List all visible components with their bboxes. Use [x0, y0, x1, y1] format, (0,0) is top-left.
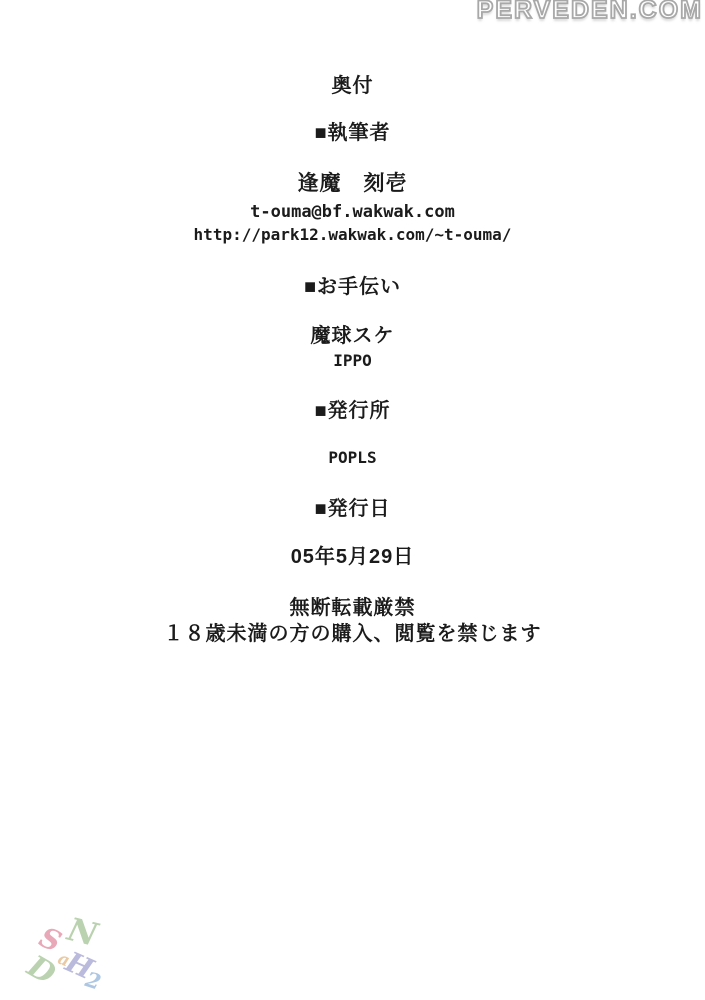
helper-name: 魔球スケ	[0, 325, 705, 347]
author-name: 逢魔 刻壱	[0, 172, 705, 195]
signature-letter: N	[65, 913, 101, 951]
reproduction-notice: 無断転載厳禁	[0, 597, 705, 619]
signature-scribble: S N a D H 2	[28, 918, 113, 998]
age-restriction-notice: １８歳未満の方の購入、閲覧を禁じます	[0, 623, 705, 645]
section-heading-publisher: ■発行所	[0, 400, 705, 422]
site-watermark: PERVEDEN.COM	[477, 0, 703, 25]
section-heading-authors: ■執筆者	[0, 122, 705, 144]
section-heading-helpers: ■お手伝い	[0, 276, 705, 298]
signature-letter: D	[22, 952, 60, 991]
helper-name: IPPO	[0, 352, 705, 370]
page-title: 奥付	[0, 75, 705, 97]
author-email: t-ouma@bf.wakwak.com	[0, 203, 705, 222]
publisher-name: POPLS	[0, 449, 705, 467]
colophon-page: PERVEDEN.COM 奥付 ■執筆者 逢魔 刻壱 t-ouma@bf.wak…	[0, 0, 705, 1000]
publication-date: 05年5月29日	[0, 546, 705, 568]
author-website-url: http://park12.wakwak.com/~t-ouma/	[0, 226, 705, 244]
section-heading-publication-date: ■発行日	[0, 498, 705, 520]
